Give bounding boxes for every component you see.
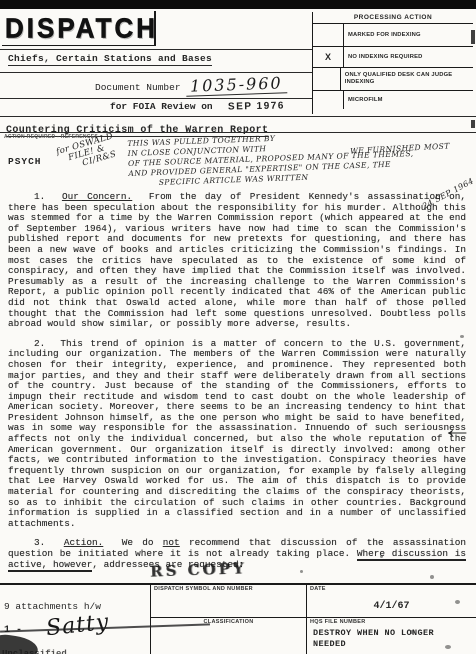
document-number-row: Document Number 1035-960 — [95, 75, 287, 95]
scan-edge-bar — [0, 0, 476, 9]
paragraph-number: 1. — [34, 191, 45, 202]
date-cell: DATE 4/1/67 — [307, 585, 476, 618]
document-number-value: 1035-960 — [186, 73, 287, 97]
dispatch-symbol-label: DISPATCH SYMBOL AND NUMBER — [151, 585, 306, 593]
scan-speck — [445, 645, 451, 649]
hqs-file-value: DESTROY WHEN NO LONGER NEEDED — [307, 626, 476, 652]
dispatch-form-footer: 9 attachments h/w 1 - Satty Unclassified… — [0, 583, 476, 654]
dispatch-symbol-cell: DISPATCH SYMBOL AND NUMBER — [151, 585, 306, 618]
dispatch-form-header: DISPATCH Chiefs, Certain Stations and Ba… — [0, 9, 476, 117]
pa-mark-1: X — [313, 47, 344, 67]
paragraph-heading: Our Concern. — [62, 191, 132, 202]
date-value: 4/1/67 — [307, 601, 476, 612]
paragraph-1: 1. Our Concern. From the day of Presiden… — [8, 192, 466, 330]
pa-label-1: NO INDEXING REQUIRED — [344, 51, 427, 64]
annotation-zone: PSYCH for OSWALD FILE! & CI/R&S THIS WAS… — [0, 132, 476, 192]
pa-mark-2 — [313, 68, 341, 90]
emphasized-word: not — [163, 537, 180, 548]
header-rule-4 — [0, 116, 476, 117]
form-title: DISPATCH — [2, 10, 154, 47]
paragraph-2: 2. This trend of opinion is a matter of … — [8, 339, 466, 530]
scanned-dispatch-document: DISPATCH Chiefs, Certain Stations and Ba… — [0, 0, 476, 654]
scan-edge-mark — [471, 120, 475, 128]
routing-indicator: PSYCH — [8, 156, 42, 167]
scan-speck — [380, 555, 383, 558]
pa-label-3: MICROFILM — [344, 94, 387, 107]
hand-drawn-arrow-icon: ← — [448, 418, 467, 445]
paragraph-text: We do — [122, 537, 163, 548]
pa-mark-0 — [313, 24, 344, 46]
scan-speck — [300, 570, 303, 573]
processing-action-row: X NO INDEXING REQUIRED — [313, 47, 473, 68]
foia-review-row: for FOIA Review on SEP 1976 — [110, 101, 285, 112]
header-rule-1 — [0, 49, 312, 50]
date-column: DATE 4/1/67 HQS FILE NUMBER DESTROY WHEN… — [307, 585, 476, 654]
classification-cell: CLASSIFICATION — [151, 618, 306, 654]
dispatch-title-box: DISPATCH — [2, 11, 156, 46]
hqs-file-cell: HQS FILE NUMBER DESTROY WHEN NO LONGER N… — [307, 618, 476, 654]
scan-speck — [410, 630, 414, 634]
document-body: 1. Our Concern. From the day of Presiden… — [8, 192, 466, 579]
scan-edge-mark — [471, 30, 475, 44]
scan-speck — [430, 575, 434, 579]
pa-label-0: MARKED FOR INDEXING — [344, 29, 425, 42]
paragraph-number: 2. — [34, 338, 45, 349]
attachments-note: 9 attachments h/w — [4, 601, 101, 612]
paragraph-heading: Action. — [64, 537, 103, 548]
scan-speck — [460, 335, 464, 338]
handwritten-margin-note: THIS WAS PULLED TOGETHER BY IN CLOSE CON… — [127, 129, 414, 189]
hqs-file-label: HQS FILE NUMBER — [307, 618, 476, 626]
handwritten-filing-note: for OSWALD FILE! & CI/R&S — [55, 132, 119, 174]
scan-speck — [455, 600, 460, 604]
paragraph-number: 3. — [34, 537, 45, 548]
foia-label: for FOIA Review on — [110, 101, 213, 112]
foia-date-stamp: SEP 1976 — [228, 101, 285, 113]
pa-mark-3 — [313, 91, 344, 109]
pa-label-2: ONLY QUALIFIED DESK CAN JUDGE INDEXING — [341, 69, 473, 89]
processing-action-row: MARKED FOR INDEXING — [313, 24, 473, 47]
scan-speck — [440, 300, 443, 303]
header-rule-2 — [0, 72, 312, 73]
paragraph-text: From the day of President Kennedy's assa… — [8, 191, 466, 329]
processing-action-row: ONLY QUALIFIED DESK CAN JUDGE INDEXING — [313, 68, 473, 91]
processing-action-box: PROCESSING ACTION MARKED FOR INDEXING X … — [312, 12, 473, 114]
copy-stamp: RS COPY — [150, 559, 247, 580]
document-number-label: Document Number — [95, 82, 181, 93]
paragraph-text: This trend of opinion is a matter of con… — [8, 338, 466, 529]
header-rule-3 — [0, 98, 312, 99]
date-label: DATE — [307, 585, 476, 593]
addressee-line: Chiefs, Certain Stations and Bases — [8, 53, 212, 66]
processing-action-header: PROCESSING ACTION — [313, 12, 473, 24]
dispatch-symbol-column: DISPATCH SYMBOL AND NUMBER CLASSIFICATIO… — [150, 585, 307, 654]
handwritten-signature: Satty — [45, 610, 111, 641]
processing-action-row: MICROFILM — [313, 91, 473, 109]
